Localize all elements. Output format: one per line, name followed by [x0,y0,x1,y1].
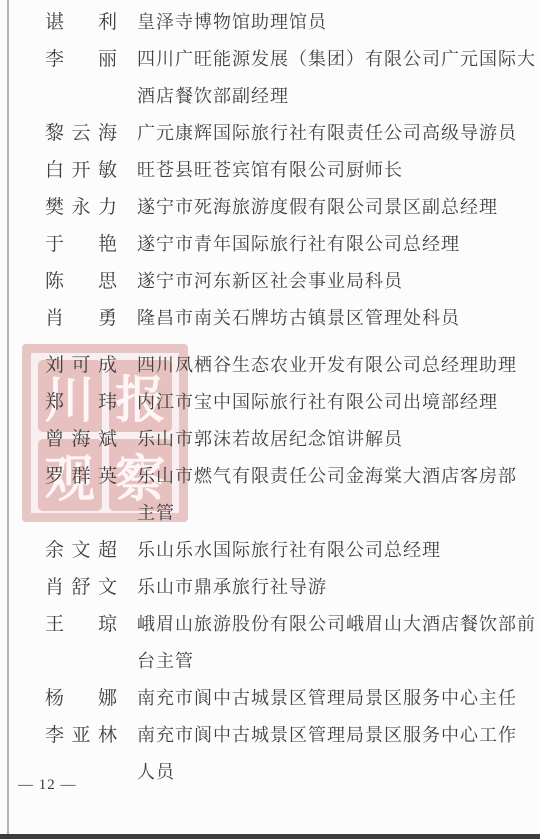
list-item: 王 琼 峨眉山旅游股份有限公司峨眉山大酒店餐饮部前台主管 [45,606,540,680]
person-title: 南充市阆中古城景区管理局景区服务中心工作人员 [137,717,540,791]
title-line: 隆昌市南关石牌坊古镇景区管理处科员 [137,300,540,337]
list-item: 刘可成 四川凤栖谷生态农业开发有限公司总经理助理 [45,347,540,384]
list-item: 樊永力 遂宁市死海旅游度假有限公司景区副总经理 [45,189,540,226]
title-line: 广元康辉国际旅行社有限责任公司高级导游员 [137,115,540,152]
person-name: 李亚林 [45,717,117,754]
title-line: 旺苍县旺苍宾馆有限公司厨师长 [137,152,540,189]
person-title: 遂宁市死海旅游度假有限公司景区副总经理 [137,189,540,226]
title-line: 峨眉山旅游股份有限公司峨眉山大酒店餐饮部前 [137,606,540,643]
list-item: 杨 娜 南充市阆中古城景区管理局景区服务中心主任 [45,680,540,717]
person-title: 乐山市燃气有限责任公司金海棠大酒店客房部主管 [137,458,540,532]
document-page: 川 报 观 察 谌 利 皇泽寺博物馆助理馆员 李 丽 四川广旺能源发展（集团）有… [0,0,540,839]
person-name: 李 丽 [45,41,117,78]
person-title: 四川广旺能源发展（集团）有限公司广元国际大酒店餐饮部副经理 [137,41,540,115]
title-line: 主管 [137,495,540,532]
title-line: 南充市阆中古城景区管理局景区服务中心工作 [137,717,540,754]
person-title: 旺苍县旺苍宾馆有限公司厨师长 [137,152,540,189]
list-item: 李亚林 南充市阆中古城景区管理局景区服务中心工作人员 [45,717,540,791]
title-line: 遂宁市青年国际旅行社有限公司总经理 [137,226,540,263]
list-item: 黎云海 广元康辉国际旅行社有限责任公司高级导游员 [45,115,540,152]
title-line: 酒店餐饮部副经理 [137,78,540,115]
person-name: 郑 玮 [45,384,117,421]
person-name: 曾海斌 [45,421,117,458]
title-line: 四川广旺能源发展（集团）有限公司广元国际大 [137,41,540,78]
title-line: 乐山市郭沫若故居纪念馆讲解员 [137,421,540,458]
list-item: 谌 利 皇泽寺博物馆助理馆员 [45,4,540,41]
person-title: 乐山市郭沫若故居纪念馆讲解员 [137,421,540,458]
title-line: 遂宁市死海旅游度假有限公司景区副总经理 [137,189,540,226]
list-item: 白开敏 旺苍县旺苍宾馆有限公司厨师长 [45,152,540,189]
person-title: 遂宁市河东新区社会事业局科员 [137,263,540,300]
person-title: 乐山乐水国际旅行社有限公司总经理 [137,532,540,569]
person-title: 广元康辉国际旅行社有限责任公司高级导游员 [137,115,540,152]
title-line: 遂宁市河东新区社会事业局科员 [137,263,540,300]
person-title: 峨眉山旅游股份有限公司峨眉山大酒店餐饮部前台主管 [137,606,540,680]
person-title: 皇泽寺博物馆助理馆员 [137,4,540,41]
person-name: 刘可成 [45,347,117,384]
list-item: 曾海斌 乐山市郭沫若故居纪念馆讲解员 [45,421,540,458]
person-name: 陈 思 [45,263,117,300]
list-item: 余文超 乐山乐水国际旅行社有限公司总经理 [45,532,540,569]
person-title: 内江市宝中国际旅行社有限公司出境部经理 [137,384,540,421]
person-title: 南充市阆中古城景区管理局景区服务中心主任 [137,680,540,717]
person-name: 于 艳 [45,226,117,263]
title-line: 乐山乐水国际旅行社有限公司总经理 [137,532,540,569]
title-line: 南充市阆中古城景区管理局景区服务中心主任 [137,680,540,717]
person-name: 余文超 [45,532,117,569]
person-name: 樊永力 [45,189,117,226]
title-line: 四川凤栖谷生态农业开发有限公司总经理助理 [137,347,540,384]
person-name: 黎云海 [45,115,117,152]
entries-list: 谌 利 皇泽寺博物馆助理馆员 李 丽 四川广旺能源发展（集团）有限公司广元国际大… [0,4,540,791]
list-item: 于 艳 遂宁市青年国际旅行社有限公司总经理 [45,226,540,263]
person-title: 乐山市鼎承旅行社导游 [137,569,540,606]
list-item: 肖舒文 乐山市鼎承旅行社导游 [45,569,540,606]
person-name: 肖舒文 [45,569,117,606]
title-line: 皇泽寺博物馆助理馆员 [137,4,540,41]
list-item: 郑 玮 内江市宝中国际旅行社有限公司出境部经理 [45,384,540,421]
title-line: 台主管 [137,643,540,680]
list-item: 罗群英 乐山市燃气有限责任公司金海棠大酒店客房部主管 [45,458,540,532]
person-name: 罗群英 [45,458,117,495]
list-item: 陈 思 遂宁市河东新区社会事业局科员 [45,263,540,300]
list-item: 李 丽 四川广旺能源发展（集团）有限公司广元国际大酒店餐饮部副经理 [45,41,540,115]
title-line: 乐山市燃气有限责任公司金海棠大酒店客房部 [137,458,540,495]
title-line: 乐山市鼎承旅行社导游 [137,569,540,606]
list-item: 肖 勇 隆昌市南关石牌坊古镇景区管理处科员 [45,300,540,337]
page-left-edge-line [7,0,9,834]
person-title: 四川凤栖谷生态农业开发有限公司总经理助理 [137,347,540,384]
page-number: — 12 — [18,777,77,794]
person-name: 王 琼 [45,606,117,643]
person-name: 杨 娜 [45,680,117,717]
person-title: 隆昌市南关石牌坊古镇景区管理处科员 [137,300,540,337]
person-name: 谌 利 [45,4,117,41]
page-bottom-bar [0,834,540,839]
person-title: 遂宁市青年国际旅行社有限公司总经理 [137,226,540,263]
person-name: 肖 勇 [45,300,117,337]
person-name: 白开敏 [45,152,117,189]
title-line: 内江市宝中国际旅行社有限公司出境部经理 [137,384,540,421]
title-line: 人员 [137,754,540,791]
